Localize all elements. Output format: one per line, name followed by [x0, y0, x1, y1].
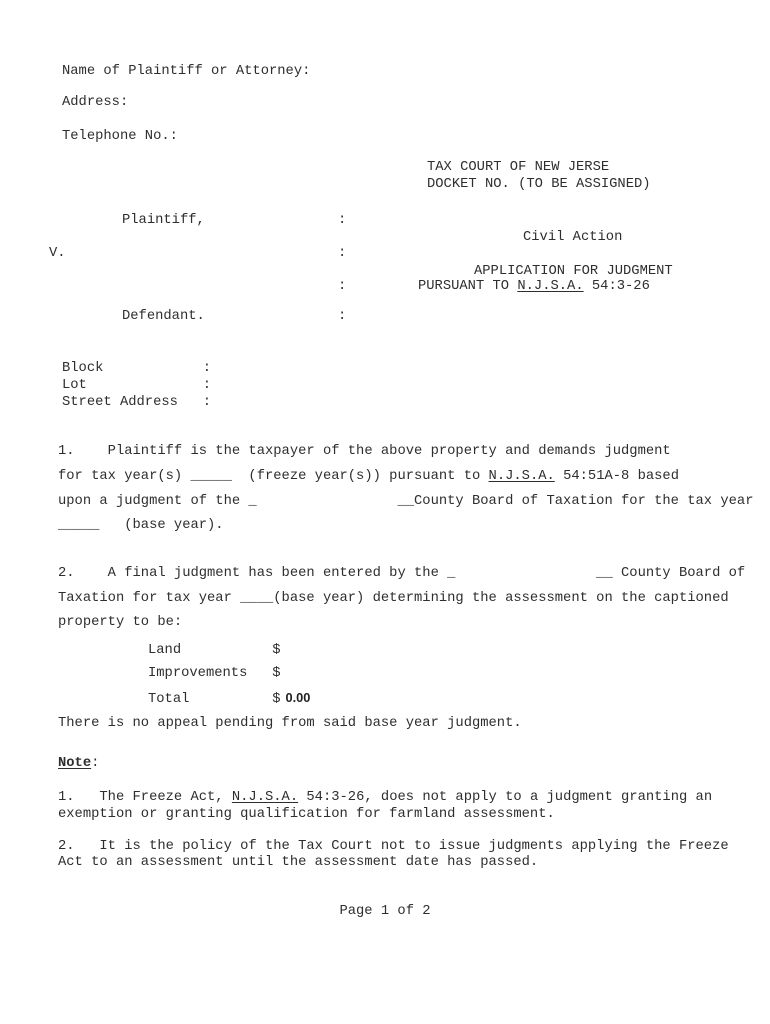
docket-number: DOCKET NO. (TO BE ASSIGNED)	[427, 177, 651, 192]
pursuant-post: 54:3-26	[584, 279, 650, 294]
page-number: Page 1 of 2	[0, 904, 770, 919]
plaintiff-attorney-name-label: Name of Plaintiff or Attorney:	[62, 64, 310, 79]
lot-field-label: Lot :	[62, 378, 211, 393]
note1-line1: 1. The Freeze Act, N.J.S.A. 54:3-26, doe…	[58, 790, 712, 805]
note-heading-colon: :	[91, 756, 99, 771]
paragraph1-citation: N.J.S.A.	[489, 469, 555, 484]
block-field-label: Block :	[62, 361, 211, 376]
note2-line2: Act to an assessment until the assessmen…	[58, 855, 538, 870]
pursuant-line: PURSUANT TO N.J.S.A. 54:3-26	[418, 279, 650, 294]
pursuant-pre: PURSUANT TO	[418, 279, 517, 294]
land-row: Land $	[148, 643, 280, 658]
paragraph1-line2: for tax year(s) _____ (freeze year(s)) p…	[58, 469, 679, 484]
paragraph1-line3: upon a judgment of the _ __County Board …	[58, 494, 753, 509]
caption-colon-4: :	[338, 309, 346, 324]
caption-colon-3: :	[338, 279, 346, 294]
defendant-label: Defendant.	[122, 309, 205, 324]
note1-post: 54:3-26, does not apply to a judgment gr…	[298, 790, 712, 805]
address-label: Address:	[62, 95, 128, 110]
telephone-label: Telephone No.:	[62, 129, 178, 144]
total-amount-field[interactable]: 0.00	[285, 690, 310, 705]
paragraph2-line3: property to be:	[58, 615, 182, 630]
total-row: Total $0.00	[148, 690, 310, 707]
versus-label: V.	[49, 246, 66, 261]
no-appeal-statement: There is no appeal pending from said bas…	[58, 716, 522, 731]
note-heading: Note	[58, 756, 91, 771]
note1-citation: N.J.S.A.	[232, 790, 298, 805]
civil-action-label: Civil Action	[523, 230, 622, 245]
paragraph1-line2-post: 54:51A-8 based	[555, 469, 679, 484]
court-name: TAX COURT OF NEW JERSE	[427, 160, 609, 175]
caption-colon-2: :	[338, 246, 346, 261]
paragraph2-line2: Taxation for tax year ____(base year) de…	[58, 591, 729, 606]
improvements-row: Improvements $	[148, 666, 280, 681]
application-title: APPLICATION FOR JUDGMENT	[474, 264, 673, 279]
note1-pre: 1. The Freeze Act,	[58, 790, 232, 805]
note2-line1: 2. It is the policy of the Tax Court not…	[58, 839, 729, 854]
paragraph1-line1: 1. Plaintiff is the taxpayer of the abov…	[58, 444, 671, 459]
pursuant-citation: N.J.S.A.	[517, 279, 583, 294]
plaintiff-label: Plaintiff,	[122, 213, 205, 228]
caption-colon-1: :	[338, 213, 346, 228]
paragraph1-line2-pre: for tax year(s) _____ (freeze year(s)) p…	[58, 469, 489, 484]
paragraph1-line4: _____ (base year).	[58, 518, 224, 533]
form-page: Name of Plaintiff or Attorney: Address: …	[0, 0, 770, 1024]
paragraph2-line1: 2. A final judgment has been entered by …	[58, 566, 745, 581]
total-label: Total $	[148, 692, 280, 707]
note-heading-line: Note:	[58, 756, 99, 771]
street-field-label: Street Address :	[62, 395, 211, 410]
note1-line2: exemption or granting qualification for …	[58, 807, 555, 822]
